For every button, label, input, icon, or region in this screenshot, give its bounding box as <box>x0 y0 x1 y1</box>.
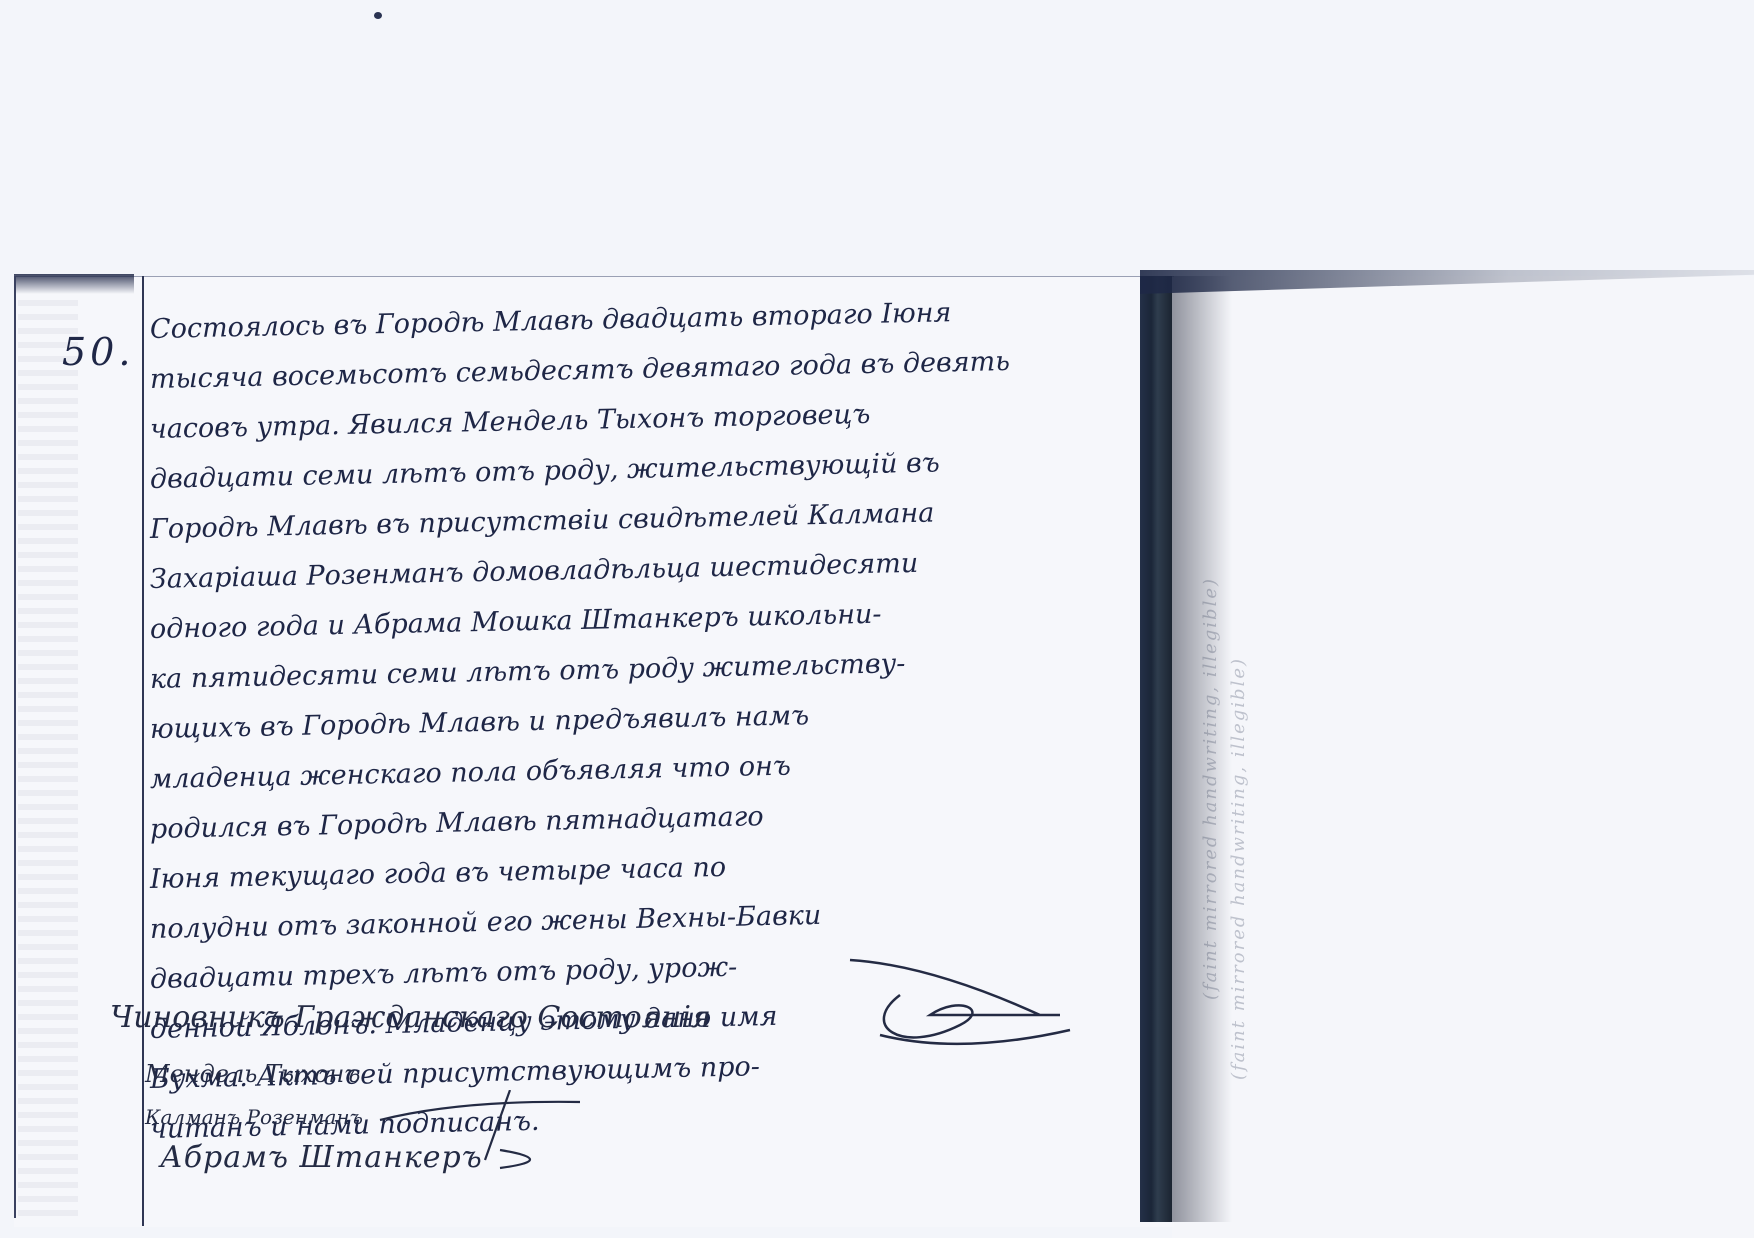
outer-margin-rule <box>14 276 16 1218</box>
margin-rule <box>142 276 144 1226</box>
book-binding-gutter <box>1140 276 1172 1222</box>
entry-number: 50. <box>62 330 134 374</box>
declarant-signature: Мендель Тыхонъ <box>145 1060 360 1088</box>
page-edge-shadow <box>14 274 134 294</box>
ink-speck <box>374 12 382 19</box>
gutter-shadow <box>1172 276 1232 1222</box>
official-signature-flourish <box>840 955 1080 1065</box>
official-signature-line: Чиновникъ Гражданскаго Состоянія <box>110 1000 711 1035</box>
witness-signature-flourish <box>260 1090 590 1170</box>
margin-smudge <box>18 300 78 1220</box>
